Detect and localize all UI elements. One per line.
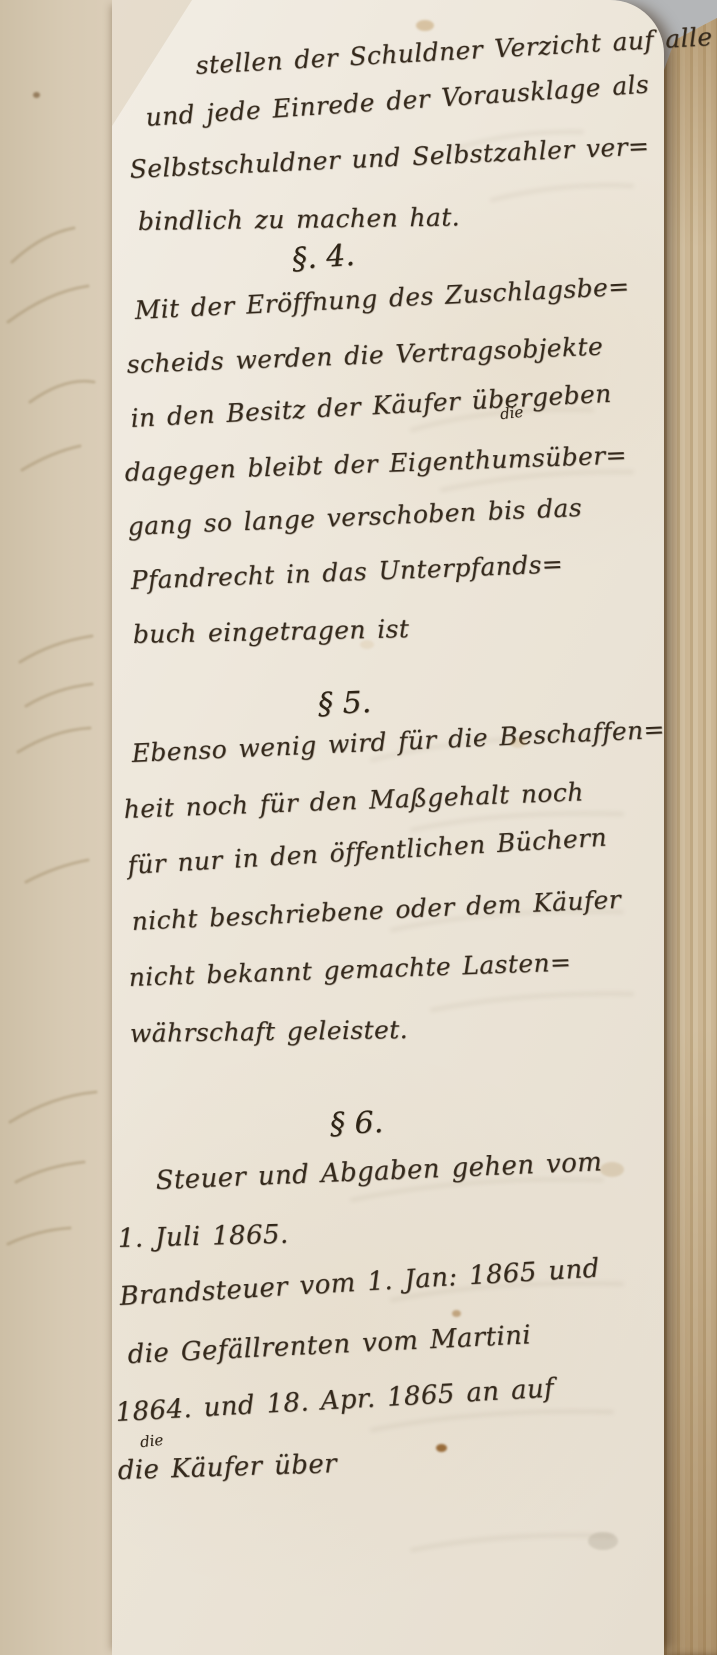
section-4-body: Mit der Eröffnung des Zuschlagsbe= schei… <box>135 284 630 662</box>
paper-stain <box>360 640 374 649</box>
handwritten-line: währschaft geleistet. <box>130 999 666 1062</box>
handwritten-line: buch eingetragen ist <box>132 598 630 662</box>
paper-stain <box>588 1532 618 1550</box>
paper-stain <box>452 1310 461 1317</box>
paper-stain <box>600 1162 624 1177</box>
section-heading-4: §. 4. <box>291 238 356 277</box>
section-5-body: Ebenso wenig wird für die Beschaffen= he… <box>132 726 666 1062</box>
section-6-body: Steuer und Abgaben gehen vom 1. Juli 186… <box>128 1152 603 1500</box>
underlying-page-edge <box>0 0 118 1655</box>
manuscript-page: stellen der Schuldner Verzicht auf alle … <box>112 0 664 1655</box>
inserted-word: die <box>499 403 524 423</box>
paragraph-continuation: stellen der Schuldner Verzicht auf alle … <box>150 40 714 248</box>
paper-stain <box>510 738 526 748</box>
bleedthrough-marks <box>0 0 118 1655</box>
paper-stain <box>33 92 40 98</box>
photo-of-manuscript: stellen der Schuldner Verzicht auf alle … <box>0 0 717 1655</box>
section-heading-6: § 6. <box>329 1105 383 1142</box>
paper-stain <box>436 1444 447 1452</box>
paper-stain <box>416 20 434 31</box>
inserted-word: die <box>139 1431 164 1451</box>
book-page-edges <box>659 0 717 1655</box>
handwritten-line: bindlich zu machen hat. <box>138 188 714 248</box>
